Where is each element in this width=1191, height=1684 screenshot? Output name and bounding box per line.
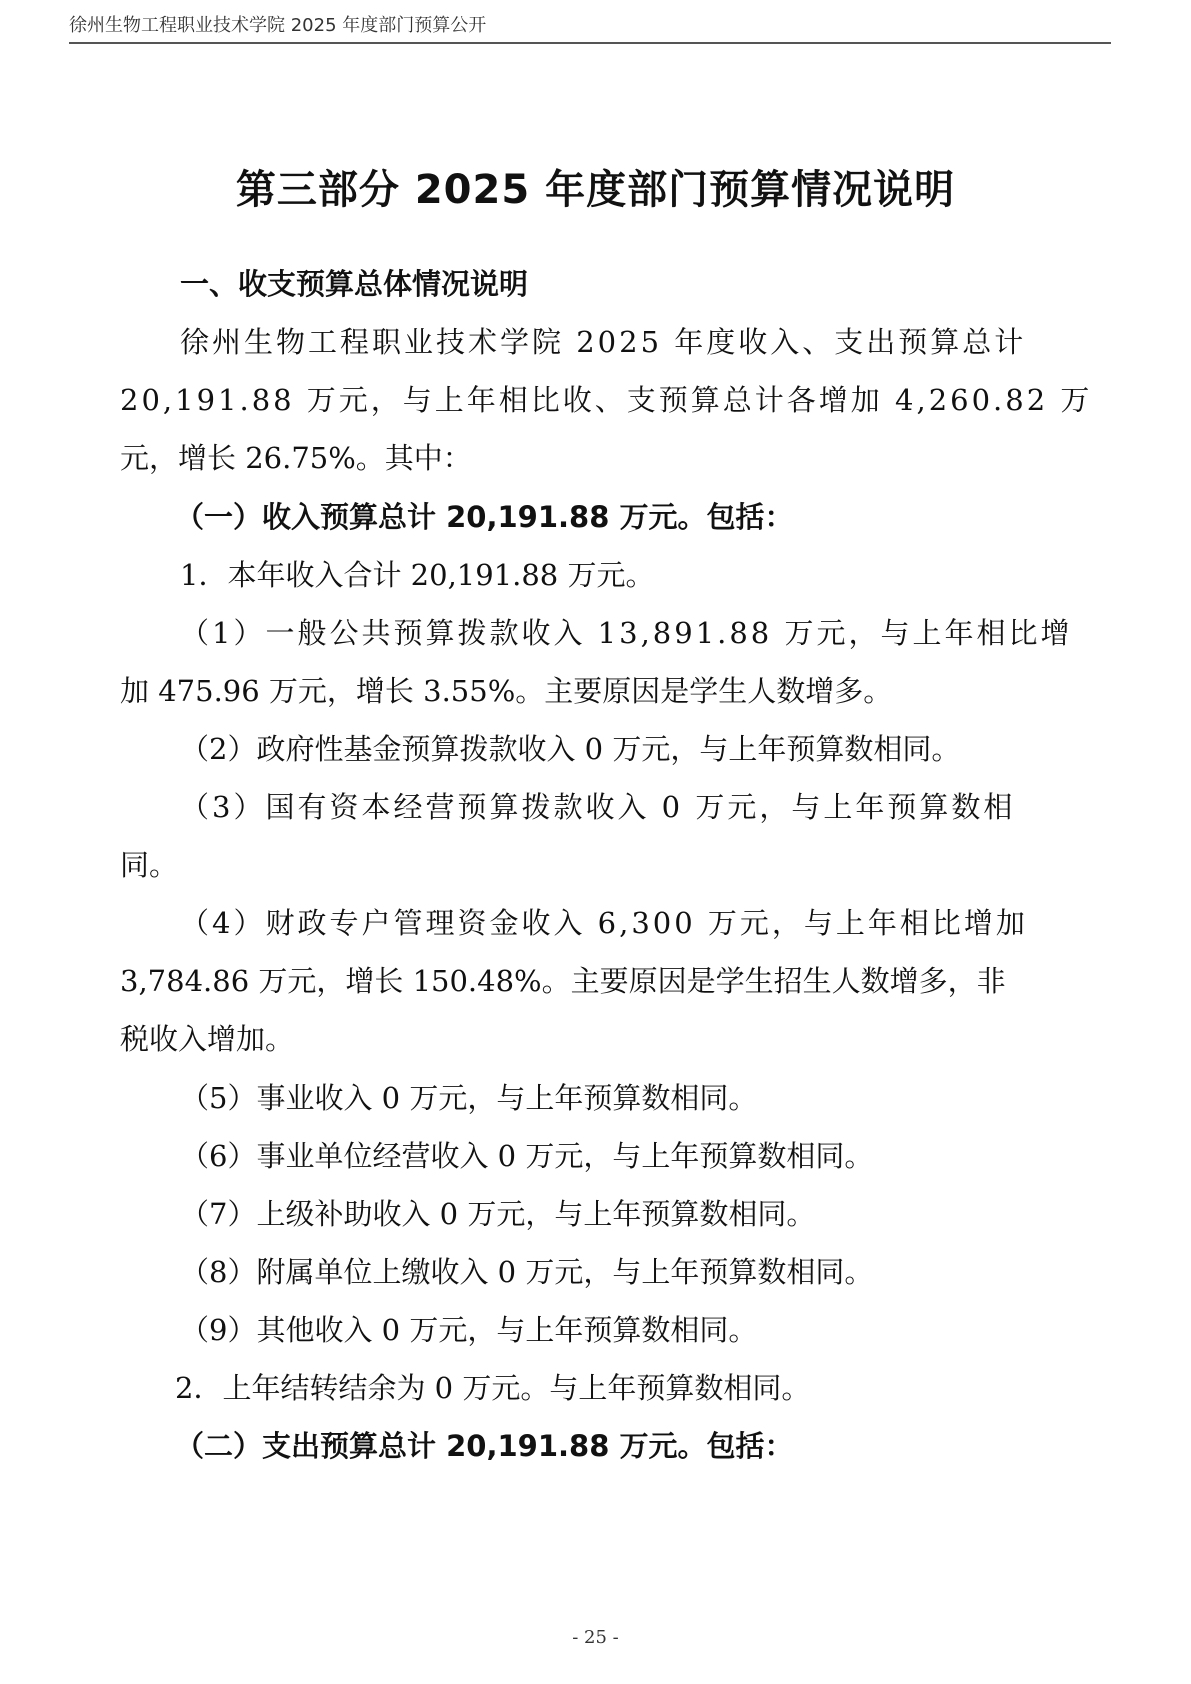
income-sub-4-cont: 3,784.86 万元，增长 150.48%。主要原因是学生招生人数增多，非 xyxy=(120,961,1006,1001)
paragraph-line: 徐州生物工程职业技术学院 2025 年度收入、支出预算总计 xyxy=(180,322,1026,362)
page-title: 第三部分 2025 年度部门预算情况说明 xyxy=(0,162,1191,218)
section-heading: 一、收支预算总体情况说明 xyxy=(180,264,528,304)
page-number: - 25 - xyxy=(0,1627,1191,1648)
expense-heading: （二）支出预算总计 20,191.88 万元。包括： xyxy=(175,1426,793,1466)
paragraph-line: 元，增长 26.75%。其中： xyxy=(120,438,472,478)
income-sub-9: （9）其他收入 0 万元，与上年预算数相同。 xyxy=(180,1310,757,1350)
income-sub-8: （8）附属单位上缴收入 0 万元，与上年预算数相同。 xyxy=(180,1252,873,1292)
running-header: 徐州生物工程职业技术学院 2025 年度部门预算公开 xyxy=(69,14,1111,38)
income-sub-1: （1）一般公共预算拨款收入 13,891.88 万元，与上年相比增 xyxy=(180,613,1072,653)
income-sub-4: （4）财政专户管理资金收入 6,300 万元，与上年相比增加 xyxy=(180,903,1028,943)
income-sub-3-cont: 同。 xyxy=(120,845,178,885)
income-sub-4-cont: 税收入增加。 xyxy=(120,1019,294,1059)
income-item-2: 2．上年结转结余为 0 万元。与上年预算数相同。 xyxy=(175,1368,810,1408)
income-heading: （一）收入预算总计 20,191.88 万元。包括： xyxy=(175,497,793,537)
income-sub-7: （7）上级补助收入 0 万元，与上年预算数相同。 xyxy=(180,1194,815,1234)
paragraph-line: 20,191.88 万元，与上年相比收、支预算总计各增加 4,260.82 万 xyxy=(120,380,1092,420)
income-item-1: 1．本年收入合计 20,191.88 万元。 xyxy=(180,555,654,595)
income-sub-2: （2）政府性基金预算拨款收入 0 万元，与上年预算数相同。 xyxy=(180,729,960,769)
income-sub-3: （3）国有资本经营预算拨款收入 0 万元，与上年预算数相 xyxy=(180,787,1015,827)
income-sub-6: （6）事业单位经营收入 0 万元，与上年预算数相同。 xyxy=(180,1136,873,1176)
header-divider xyxy=(69,42,1111,44)
income-sub-5: （5）事业收入 0 万元，与上年预算数相同。 xyxy=(180,1078,757,1118)
income-sub-1-cont: 加 475.96 万元，增长 3.55%。主要原因是学生人数增多。 xyxy=(120,671,892,711)
